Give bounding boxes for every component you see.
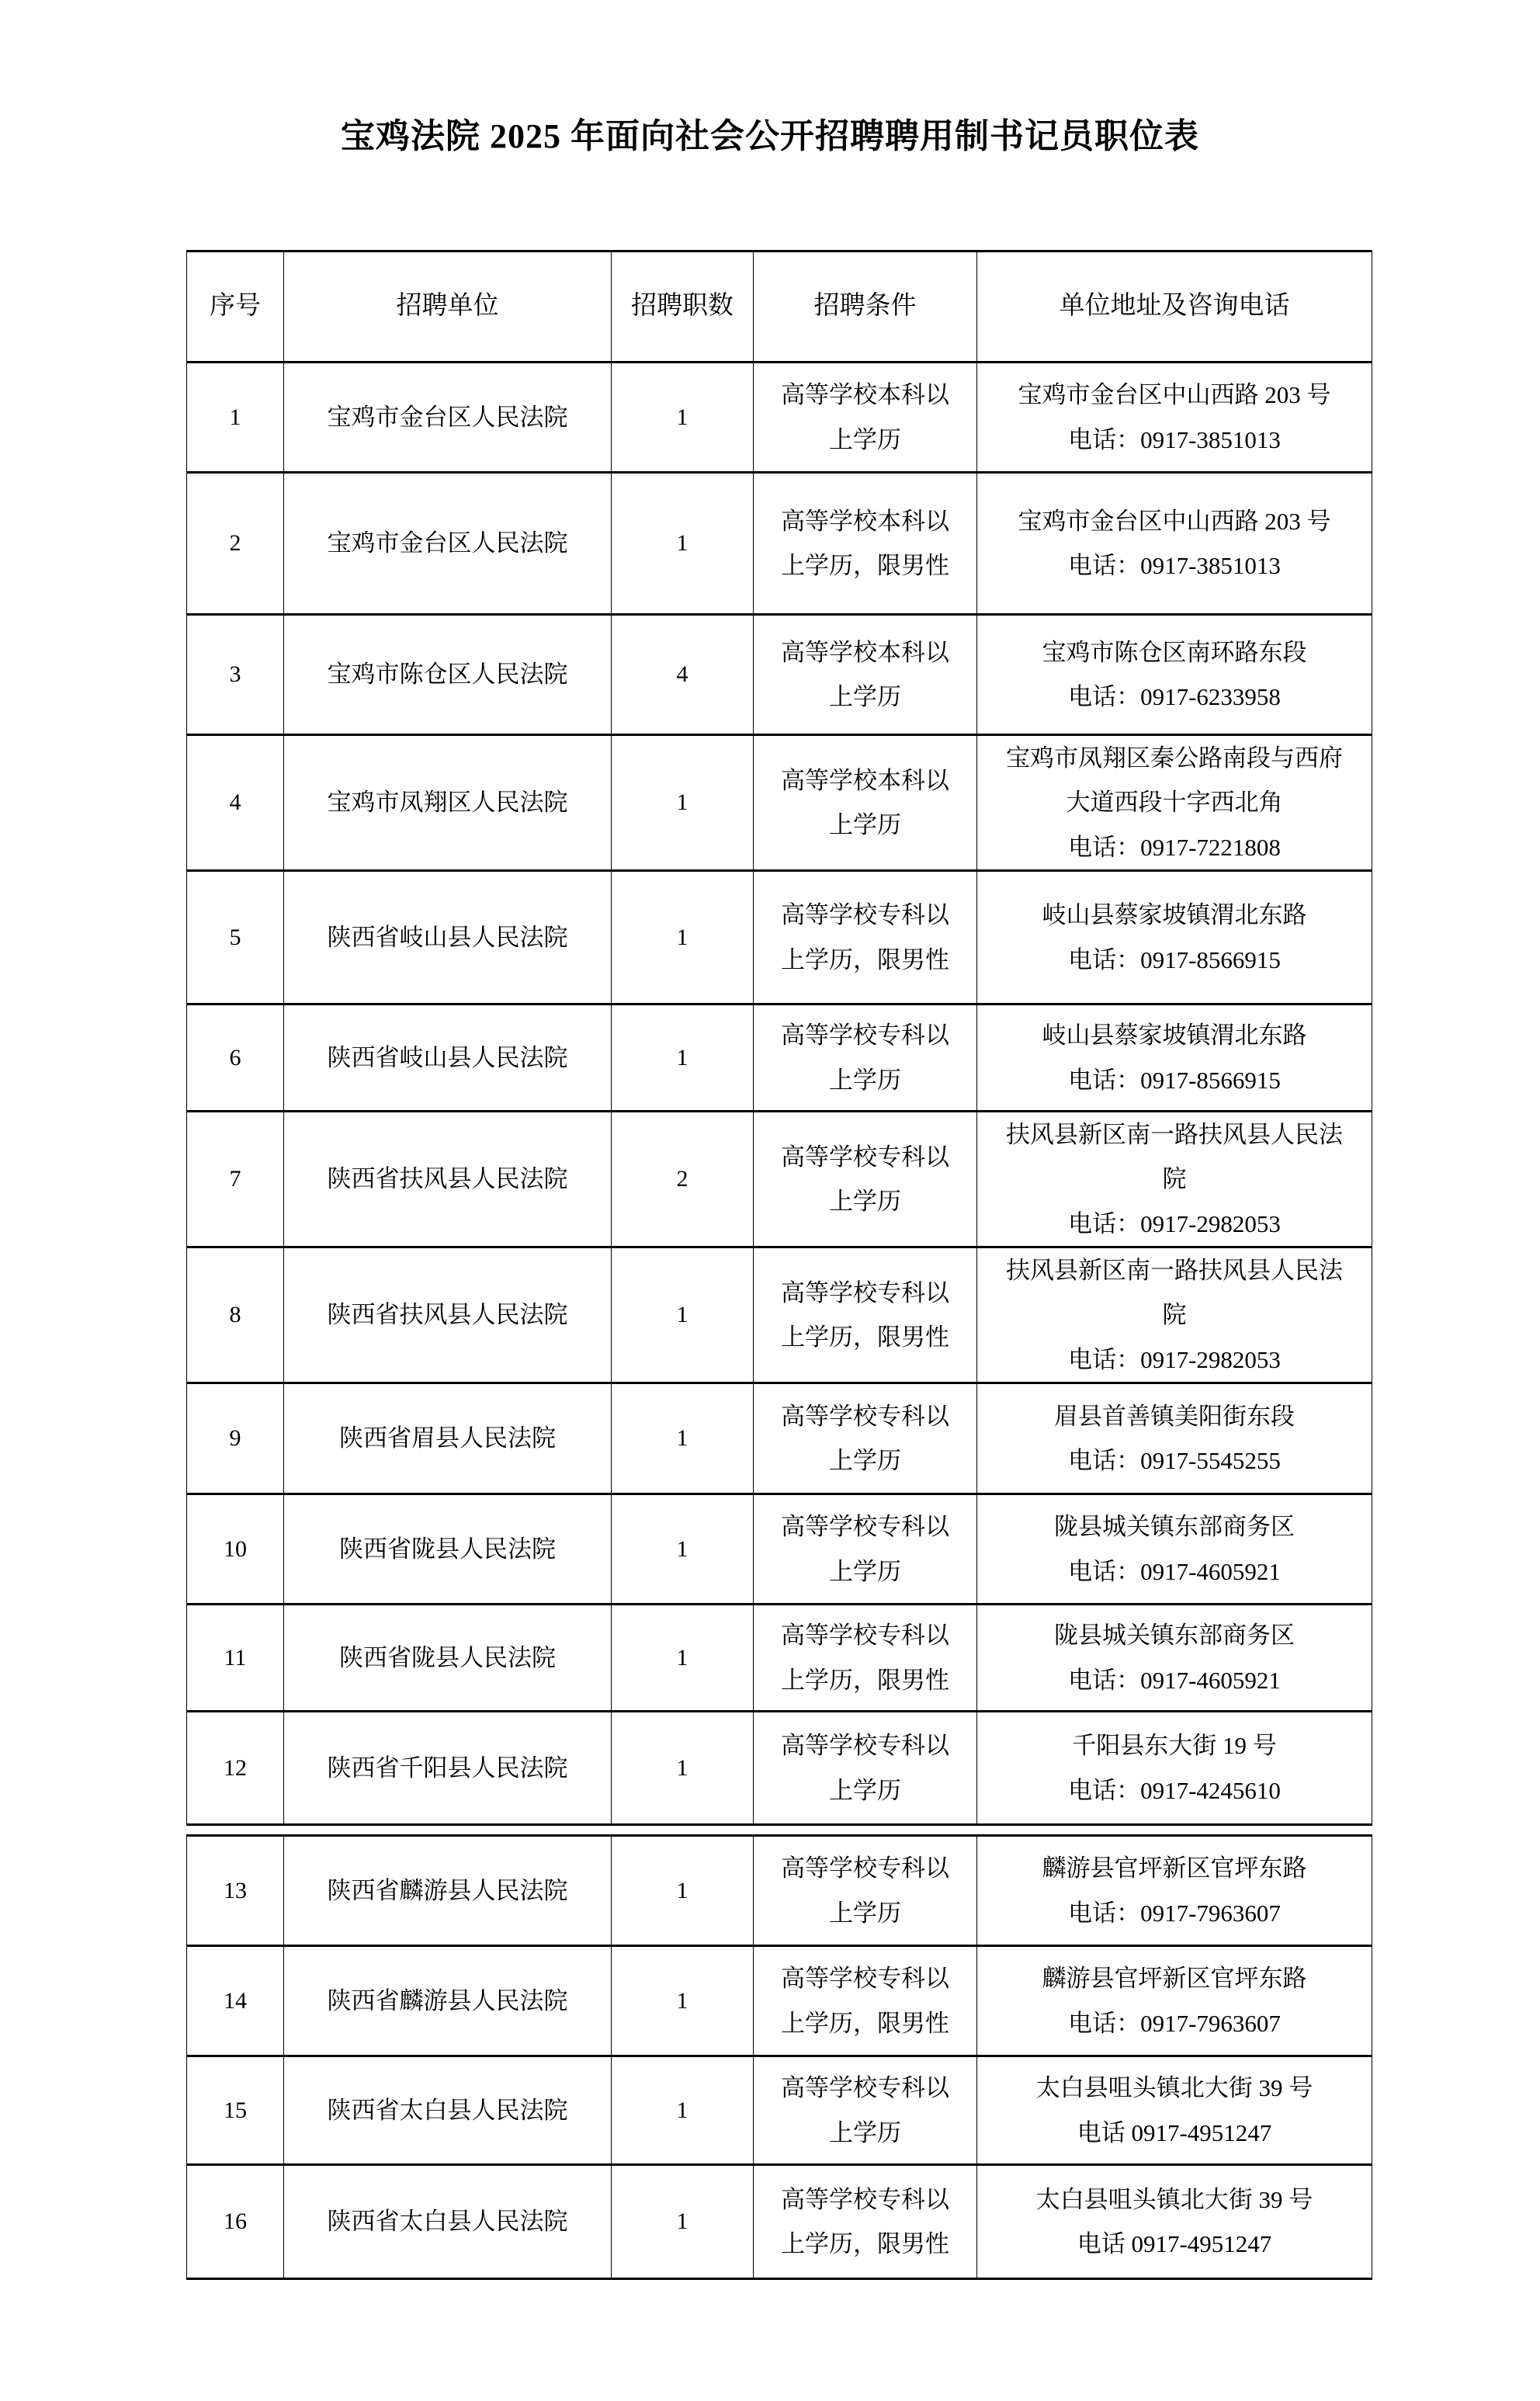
address-line: 电话：0917-3851013: [999, 418, 1350, 462]
table-row: 6陕西省岐山县人民法院1高等学校专科以上学历岐山县蔡家坡镇渭北东路电话：0917…: [187, 1004, 1372, 1112]
cell-unit: 陕西省陇县人民法院: [284, 1605, 612, 1712]
table-row: 13陕西省麟游县人民法院1高等学校专科以上学历麟游县官坪新区官坪东路电话：091…: [187, 1836, 1372, 1946]
cell-condition: 高等学校专科以上学历，限男性: [754, 2165, 977, 2279]
cell-count: 1: [612, 1605, 754, 1712]
cell-address: 宝鸡市金台区中山西路 203 号电话：0917-3851013: [977, 473, 1372, 615]
cell-unit: 陕西省岐山县人民法院: [284, 1004, 612, 1112]
table-row: 9陕西省眉县人民法院1高等学校专科以上学历眉县首善镇美阳街东段电话：0917-5…: [187, 1383, 1372, 1494]
cell-count: 1: [612, 871, 754, 1004]
table-row: 5陕西省岐山县人民法院1高等学校专科以上学历，限男性岐山县蔡家坡镇渭北东路电话：…: [187, 871, 1372, 1004]
cell-address: 宝鸡市陈仓区南环路东段电话：0917-6233958: [977, 615, 1372, 735]
cell-unit: 陕西省太白县人民法院: [284, 2165, 612, 2279]
cell-unit: 宝鸡市金台区人民法院: [284, 473, 612, 615]
address-line: 电话：0917-5545255: [999, 1438, 1350, 1483]
document-page: 宝鸡法院 2025 年面向社会公开招聘聘用制书记员职位表 序号 招聘单位 招聘职…: [0, 0, 1540, 2401]
address-line: 电话 0917-4951247: [999, 2222, 1350, 2266]
cell-address: 宝鸡市金台区中山西路 203 号电话：0917-3851013: [977, 363, 1372, 473]
table-row: 2宝鸡市金台区人民法院1高等学校本科以上学历，限男性宝鸡市金台区中山西路 203…: [187, 473, 1372, 615]
cell-address: 麟游县官坪新区官坪东路电话：0917-7963607: [977, 1946, 1372, 2056]
address-line: 扶风县新区南一路扶风县人民法院: [999, 1248, 1350, 1338]
cell-count: 1: [612, 1004, 754, 1112]
address-line: 太白县咀头镇北大街 39 号: [999, 2177, 1350, 2222]
cell-condition: 高等学校本科以上学历，限男性: [754, 473, 977, 615]
cell-count: 1: [612, 1247, 754, 1383]
cell-condition: 高等学校本科以上学历: [754, 363, 977, 473]
table-row: 11陕西省陇县人民法院1高等学校专科以上学历，限男性陇县城关镇东部商务区电话：0…: [187, 1605, 1372, 1712]
cell-unit: 宝鸡市金台区人民法院: [284, 363, 612, 473]
cell-address: 麟游县官坪新区官坪东路电话：0917-7963607: [977, 1836, 1372, 1946]
cell-address: 太白县咀头镇北大街 39 号电话 0917-4951247: [977, 2056, 1372, 2165]
cell-condition: 高等学校专科以上学历: [754, 1836, 977, 1946]
cell-unit: 陕西省扶风县人民法院: [284, 1112, 612, 1247]
cell-count: 1: [612, 1836, 754, 1946]
cell-count: 1: [612, 363, 754, 473]
cell-serial: 13: [187, 1836, 284, 1946]
cell-serial: 6: [187, 1004, 284, 1112]
cell-count: 1: [612, 735, 754, 871]
table-header-row: 序号 招聘单位 招聘职数 招聘条件 单位地址及咨询电话: [187, 252, 1372, 363]
cell-unit: 宝鸡市凤翔区人民法院: [284, 735, 612, 871]
cell-count: 1: [612, 1494, 754, 1605]
address-line: 电话：0917-6233958: [999, 675, 1350, 719]
cell-address: 宝鸡市凤翔区秦公路南段与西府大道西段十字西北角电话：0917-7221808: [977, 735, 1372, 871]
cell-address: 陇县城关镇东部商务区电话：0917-4605921: [977, 1605, 1372, 1712]
address-line: 太白县咀头镇北大街 39 号: [999, 2066, 1350, 2110]
table-row: 1宝鸡市金台区人民法院1高等学校本科以上学历宝鸡市金台区中山西路 203 号电话…: [187, 363, 1372, 473]
address-line: 陇县城关镇东部商务区: [999, 1613, 1350, 1657]
cell-serial: 5: [187, 871, 284, 1004]
address-line: 宝鸡市金台区中山西路 203 号: [999, 499, 1350, 543]
cell-address: 岐山县蔡家坡镇渭北东路电话：0917-8566915: [977, 871, 1372, 1004]
cell-count: 1: [612, 1383, 754, 1494]
cell-unit: 陕西省岐山县人民法院: [284, 871, 612, 1004]
address-line: 电话：0917-2982053: [999, 1202, 1350, 1246]
cell-unit: 陕西省陇县人民法院: [284, 1494, 612, 1605]
address-line: 电话：0917-7221808: [999, 825, 1350, 869]
header-unit: 招聘单位: [284, 252, 612, 363]
header-address: 单位地址及咨询电话: [977, 252, 1372, 363]
address-line: 岐山县蔡家坡镇渭北东路: [999, 1013, 1350, 1057]
cell-serial: 11: [187, 1605, 284, 1712]
cell-serial: 10: [187, 1494, 284, 1605]
cell-serial: 15: [187, 2056, 284, 2165]
cell-condition: 高等学校专科以上学历: [754, 2056, 977, 2165]
cell-count: 4: [612, 615, 754, 735]
address-line: 电话：0917-3851013: [999, 543, 1350, 588]
address-line: 麟游县官坪新区官坪东路: [999, 1956, 1350, 2000]
table-row: 7陕西省扶风县人民法院2高等学校专科以上学历扶风县新区南一路扶风县人民法院电话：…: [187, 1112, 1372, 1247]
cell-condition: 高等学校专科以上学历，限男性: [754, 1946, 977, 2056]
cell-serial: 1: [187, 363, 284, 473]
cell-serial: 12: [187, 1712, 284, 1825]
cell-condition: 高等学校专科以上学历: [754, 1494, 977, 1605]
cell-count: 2: [612, 1112, 754, 1247]
address-line: 宝鸡市陈仓区南环路东段: [999, 630, 1350, 675]
cell-address: 太白县咀头镇北大街 39 号电话 0917-4951247: [977, 2165, 1372, 2279]
cell-serial: 9: [187, 1383, 284, 1494]
cell-unit: 陕西省扶风县人民法院: [284, 1247, 612, 1383]
cell-serial: 3: [187, 615, 284, 735]
address-line: 岐山县蔡家坡镇渭北东路: [999, 893, 1350, 937]
cell-address: 岐山县蔡家坡镇渭北东路电话：0917-8566915: [977, 1004, 1372, 1112]
cell-condition: 高等学校专科以上学历: [754, 1004, 977, 1112]
cell-condition: 高等学校专科以上学历: [754, 1112, 977, 1247]
address-line: 电话：0917-4605921: [999, 1658, 1350, 1702]
cell-serial: 7: [187, 1112, 284, 1247]
address-line: 电话：0917-4245610: [999, 1768, 1350, 1813]
cell-condition: 高等学校专科以上学历: [754, 1383, 977, 1494]
cell-unit: 陕西省千阳县人民法院: [284, 1712, 612, 1825]
cell-serial: 4: [187, 735, 284, 871]
address-line: 宝鸡市凤翔区秦公路南段与西府大道西段十字西北角: [999, 736, 1350, 825]
cell-condition: 高等学校专科以上学历，限男性: [754, 871, 977, 1004]
cell-unit: 宝鸡市陈仓区人民法院: [284, 615, 612, 735]
cell-condition: 高等学校专科以上学历，限男性: [754, 1247, 977, 1383]
cell-unit: 陕西省麟游县人民法院: [284, 1836, 612, 1946]
table-row: 8陕西省扶风县人民法院1高等学校专科以上学历，限男性扶风县新区南一路扶风县人民法…: [187, 1247, 1372, 1383]
cell-address: 扶风县新区南一路扶风县人民法院电话：0917-2982053: [977, 1112, 1372, 1247]
cell-count: 1: [612, 1946, 754, 2056]
cell-count: 1: [612, 473, 754, 615]
table-row: 10陕西省陇县人民法院1高等学校专科以上学历陇县城关镇东部商务区电话：0917-…: [187, 1494, 1372, 1605]
cell-address: 千阳县东大街 19 号电话：0917-4245610: [977, 1712, 1372, 1825]
address-line: 电话：0917-7963607: [999, 2001, 1350, 2045]
cell-unit: 陕西省麟游县人民法院: [284, 1946, 612, 2056]
cell-count: 1: [612, 1712, 754, 1825]
address-line: 电话：0917-8566915: [999, 938, 1350, 982]
table-row: 12陕西省千阳县人民法院1高等学校专科以上学历千阳县东大街 19 号电话：091…: [187, 1712, 1372, 1825]
cell-serial: 14: [187, 1946, 284, 2056]
cell-serial: 2: [187, 473, 284, 615]
cell-address: 陇县城关镇东部商务区电话：0917-4605921: [977, 1494, 1372, 1605]
address-line: 宝鸡市金台区中山西路 203 号: [999, 373, 1350, 417]
positions-table-1: 序号 招聘单位 招聘职数 招聘条件 单位地址及咨询电话 1宝鸡市金台区人民法院1…: [186, 250, 1372, 1826]
address-line: 麟游县官坪新区官坪东路: [999, 1846, 1350, 1890]
table-row: 3宝鸡市陈仓区人民法院4高等学校本科以上学历宝鸡市陈仓区南环路东段电话：0917…: [187, 615, 1372, 735]
address-line: 电话 0917-4951247: [999, 2111, 1350, 2155]
cell-address: 眉县首善镇美阳街东段电话：0917-5545255: [977, 1383, 1372, 1494]
cell-serial: 16: [187, 2165, 284, 2279]
table-row: 4宝鸡市凤翔区人民法院1高等学校本科以上学历宝鸡市凤翔区秦公路南段与西府大道西段…: [187, 735, 1372, 871]
table-row: 14陕西省麟游县人民法院1高等学校专科以上学历，限男性麟游县官坪新区官坪东路电话…: [187, 1946, 1372, 2056]
cell-unit: 陕西省太白县人民法院: [284, 2056, 612, 2165]
address-line: 电话：0917-2982053: [999, 1338, 1350, 1382]
table-row: 15陕西省太白县人民法院1高等学校专科以上学历太白县咀头镇北大街 39 号电话 …: [187, 2056, 1372, 2165]
address-line: 眉县首善镇美阳街东段: [999, 1394, 1350, 1438]
table-row: 16陕西省太白县人民法院1高等学校专科以上学历，限男性太白县咀头镇北大街 39 …: [187, 2165, 1372, 2279]
header-count: 招聘职数: [612, 252, 754, 363]
positions-table-2: 13陕西省麟游县人民法院1高等学校专科以上学历麟游县官坪新区官坪东路电话：091…: [186, 1834, 1372, 2280]
document-title: 宝鸡法院 2025 年面向社会公开招聘聘用制书记员职位表: [0, 116, 1540, 158]
cell-count: 1: [612, 2056, 754, 2165]
address-line: 电话：0917-8566915: [999, 1058, 1350, 1102]
cell-condition: 高等学校本科以上学历: [754, 615, 977, 735]
cell-count: 1: [612, 2165, 754, 2279]
cell-condition: 高等学校专科以上学历，限男性: [754, 1605, 977, 1712]
cell-unit: 陕西省眉县人民法院: [284, 1383, 612, 1494]
cell-condition: 高等学校专科以上学历: [754, 1712, 977, 1825]
cell-serial: 8: [187, 1247, 284, 1383]
header-condition: 招聘条件: [754, 252, 977, 363]
header-serial: 序号: [187, 252, 284, 363]
address-line: 电话：0917-7963607: [999, 1891, 1350, 1935]
address-line: 扶风县新区南一路扶风县人民法院: [999, 1112, 1350, 1202]
cell-condition: 高等学校本科以上学历: [754, 735, 977, 871]
cell-address: 扶风县新区南一路扶风县人民法院电话：0917-2982053: [977, 1247, 1372, 1383]
address-line: 千阳县东大街 19 号: [999, 1723, 1350, 1768]
address-line: 电话：0917-4605921: [999, 1549, 1350, 1594]
address-line: 陇县城关镇东部商务区: [999, 1504, 1350, 1549]
